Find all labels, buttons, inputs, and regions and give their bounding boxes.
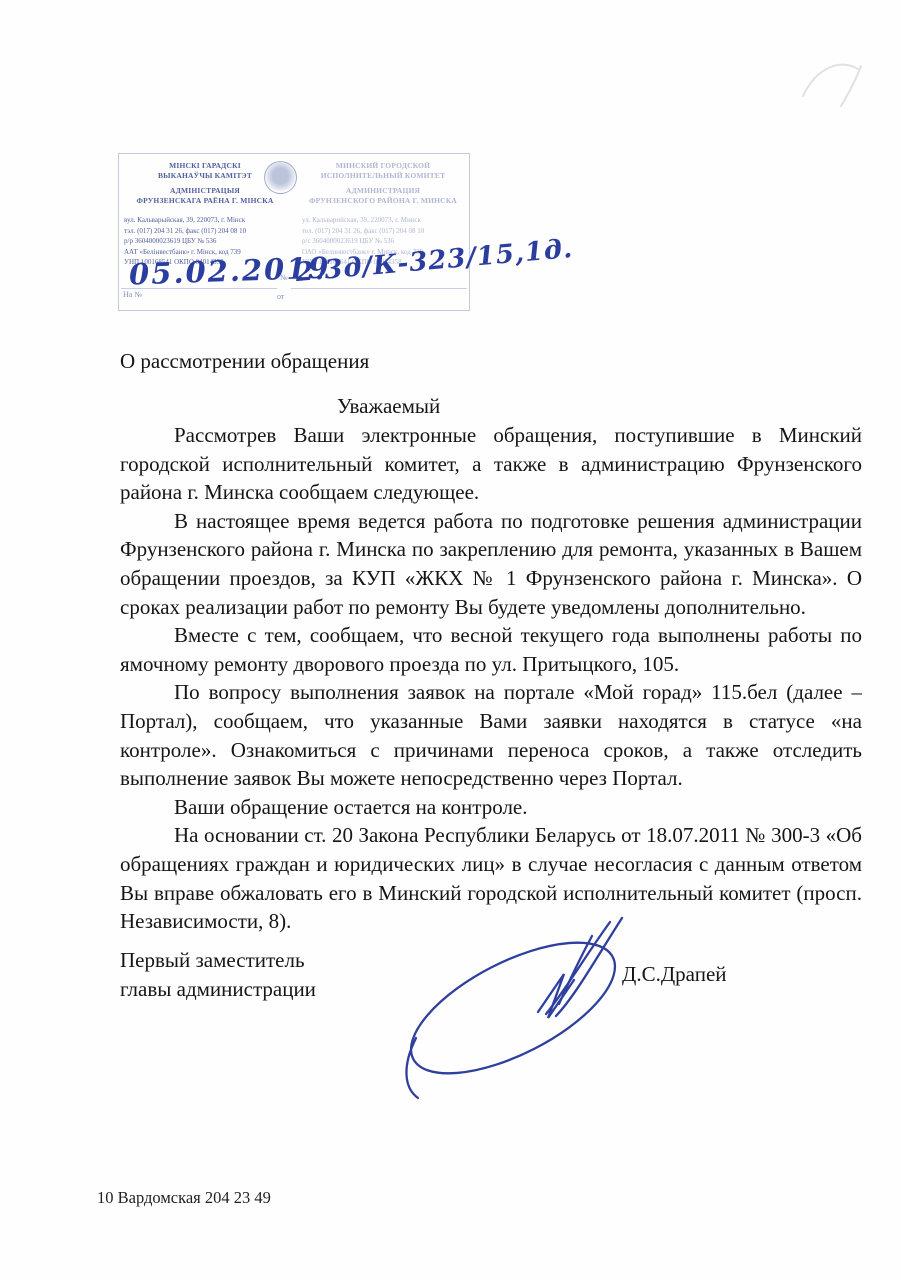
address-line: р/р 3604000023619 ЦБУ № 536 xyxy=(124,236,291,247)
handwritten-signature xyxy=(378,916,658,1106)
org-name-line: ИСПОЛНИТЕЛЬНЫЙ КОМИТЕТ xyxy=(297,171,469,181)
address-line: вул. Кальварыйская, 39, 220073, г. Мінск xyxy=(124,215,291,226)
letterhead-stamp: МІНСКІ ГАРАДСКІ ВЫКАНАЎЧЫ КАМІТЭТ АДМІНІ… xyxy=(118,153,470,311)
letter-salutation: Уважаемый xyxy=(337,394,440,419)
scanned-letter-page: МІНСКІ ГАРАДСКІ ВЫКАНАЎЧЫ КАМІТЭТ АДМІНІ… xyxy=(0,0,901,1280)
address-line: ул. Кальварийская, 39, 220073, г. Минск xyxy=(302,215,469,226)
address-line: тел. (017) 204 31 26, факс (017) 204 08 … xyxy=(302,226,469,237)
org-name-line: МИНСКИЙ ГОРОДСКОЙ xyxy=(297,161,469,171)
paragraph: Рассмотрев Ваши электронные обращения, п… xyxy=(120,421,862,507)
signer-position-line: Первый заместитель xyxy=(120,946,316,975)
paragraph: Ваши обращение остается на контроле. xyxy=(120,793,862,822)
address-line: тэл. (017) 204 31 26, факс (017) 204 08 … xyxy=(124,226,291,237)
org-name-line: АДМИНИСТРАЦИЯ xyxy=(297,186,469,196)
executor-note: 10 Вардомская 204 23 49 xyxy=(97,1188,271,1208)
pencil-scribble xyxy=(795,48,895,118)
letter-body: Рассмотрев Ваши электронные обращения, п… xyxy=(120,421,862,936)
paragraph: По вопросу выполнения заявок на портале … xyxy=(120,678,862,792)
paragraph: Вместе с тем, сообщаем, что весной текущ… xyxy=(120,621,862,678)
signer-position: Первый заместитель главы администрации xyxy=(120,946,316,1004)
paragraph: В настоящее время ведется работа по подг… xyxy=(120,507,862,621)
signer-position-line: главы администрации xyxy=(120,975,316,1004)
number-write-line xyxy=(291,288,467,289)
reference-date-label: от xyxy=(277,292,284,301)
state-emblem-icon xyxy=(264,161,297,194)
signer-name: Д.С.Драпей xyxy=(622,962,727,987)
letter-subject: О рассмотрении обращения xyxy=(120,349,369,374)
org-name-line: ФРУНЗЕНСКАГА РАЁНА Г. МІНСКА xyxy=(119,196,291,206)
org-name-line: ФРУНЗЕНСКОГО РАЙОНА Г. МИНСКА xyxy=(297,196,469,206)
org-name-line: АДМІНІСТРАЦЫЯ xyxy=(119,186,291,196)
